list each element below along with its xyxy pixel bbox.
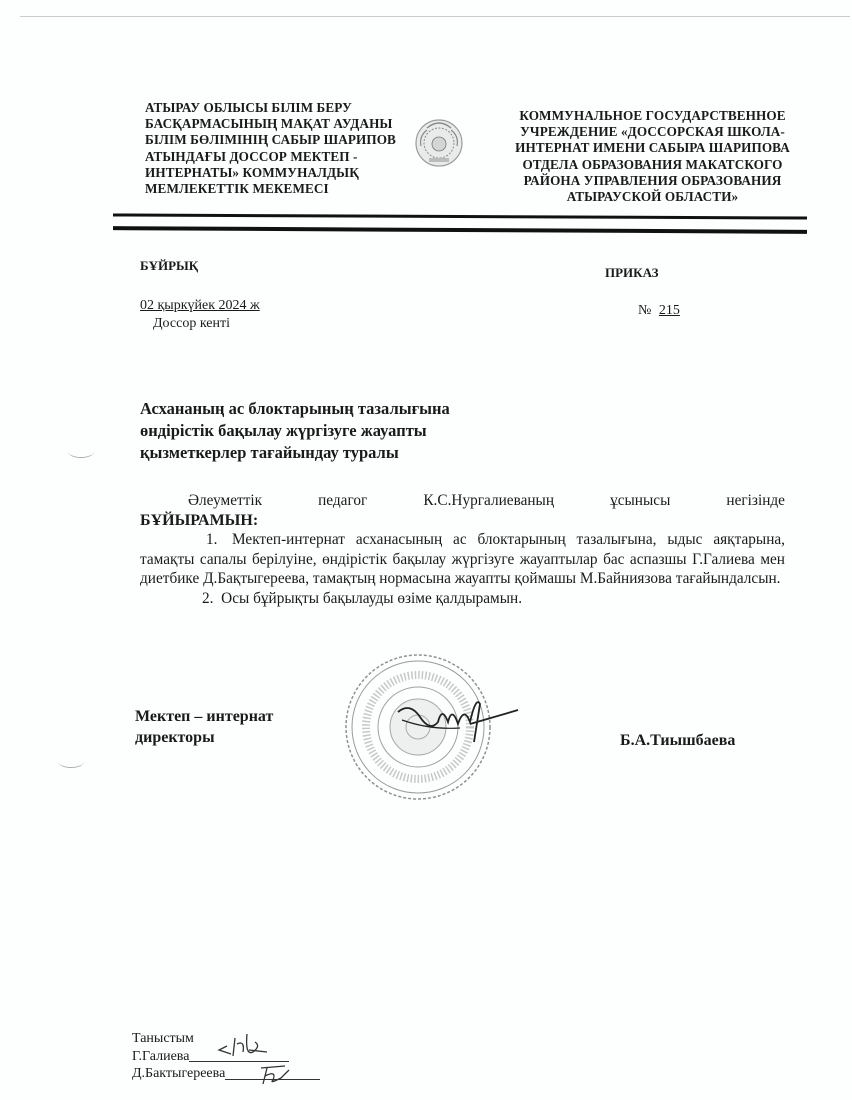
doc-place: Доссор кенті xyxy=(153,316,230,332)
director-signature-icon xyxy=(390,692,520,752)
state-emblem-icon xyxy=(413,116,465,168)
header-line: АТЫРАУ ОБЛЫСЫ БІЛІМ БЕРУ xyxy=(145,100,396,116)
header-line: МЕМЛЕКЕТТІК МЕКЕМЕСІ xyxy=(145,181,396,197)
order-word: БҰЙЫРАМЫН: xyxy=(140,511,785,531)
intro-word: негізінде xyxy=(726,491,785,511)
doc-type-russian: ПРИКАЗ xyxy=(605,265,659,281)
intro-line: Әлеуметтік педагог К.С.Нургалиеваның ұсы… xyxy=(140,491,785,511)
title-line: өндірістік бақылау жүргізуге жауапты xyxy=(140,420,450,442)
header-line: ИНТЕРНАТЫ» КОММУНАЛДЫҚ xyxy=(145,165,396,181)
header-line: РАЙОНА УПРАВЛЕНИЯ ОБРАЗОВАНИЯ xyxy=(510,173,795,189)
order-item-2: 2. Осы бұйрықты бақылауды өзіме қалдырам… xyxy=(140,589,785,609)
role-line: директоры xyxy=(135,727,273,748)
title-line: Асхананың ас блоктарының тазалығына xyxy=(140,398,450,420)
header-russian-institution: КОММУНАЛЬНОЕ ГОСУДАРСТВЕННОЕ УЧРЕЖДЕНИЕ … xyxy=(510,108,795,205)
header-line: БАСҚАРМАСЫНЫҢ МАҚАТ АУДАНЫ xyxy=(145,116,396,132)
acknowledger-name: Г.Галиева xyxy=(132,1048,189,1066)
intro-word: педагог xyxy=(318,491,367,511)
handwritten-signature-icon xyxy=(255,1062,295,1088)
role-line: Мектеп – интернат xyxy=(135,706,273,727)
handwritten-signature-icon xyxy=(215,1030,275,1060)
doc-type-kazakh: БҰЙРЫҚ xyxy=(140,258,198,274)
binder-hole-mark xyxy=(68,445,94,458)
doc-number: № 215 xyxy=(638,303,684,319)
header-divider xyxy=(113,213,807,219)
header-line: АТЫНДАҒЫ ДОССОР МЕКТЕП - xyxy=(145,149,396,165)
header-line: УЧРЕЖДЕНИЕ «ДОССОРСКАЯ ШКОЛА- xyxy=(510,124,795,140)
intro-word: ұсынысы xyxy=(610,491,670,511)
order-title: Асхананың ас блоктарының тазалығына өнді… xyxy=(140,398,450,464)
signatory-name: Б.А.Тиышбаева xyxy=(620,732,735,750)
acknowledger-name: Д.Бактыгереева xyxy=(132,1065,225,1083)
intro-word: К.С.Нургалиеваның xyxy=(423,491,554,511)
number-value: 215 xyxy=(655,303,684,318)
item-number: 2. xyxy=(202,590,213,607)
header-kazakh-institution: АТЫРАУ ОБЛЫСЫ БІЛІМ БЕРУ БАСҚАРМАСЫНЫҢ М… xyxy=(145,100,396,197)
signatory-role: Мектеп – интернат директоры xyxy=(135,706,273,748)
doc-date: 02 қыркүйек 2024 ж xyxy=(140,298,260,314)
binder-hole-mark xyxy=(58,755,84,768)
title-line: қызметкерлер тағайындау туралы xyxy=(140,442,450,464)
header-line: БІЛІМ БӨЛІМІНІҢ САБЫР ШАРИПОВ xyxy=(145,132,396,148)
item-number: 1. xyxy=(206,530,232,550)
intro-word: Әлеуметтік xyxy=(188,491,262,511)
order-body: Әлеуметтік педагог К.С.Нургалиеваның ұсы… xyxy=(140,491,785,608)
header-line: КОММУНАЛЬНОЕ ГОСУДАРСТВЕННОЕ xyxy=(510,108,795,124)
header-divider-thick xyxy=(113,226,807,234)
number-sign: № xyxy=(638,303,651,318)
header-line: ИНТЕРНАТ ИМЕНИ САБЫРА ШАРИПОВА xyxy=(510,140,795,156)
header-line: ОТДЕЛА ОБРАЗОВАНИЯ МАКАТСКОГО xyxy=(510,157,795,173)
scan-edge xyxy=(20,16,850,17)
order-item-1: 1.Мектеп-интернат асханасының ас блоктар… xyxy=(140,530,785,589)
item-text: Осы бұйрықты бақылауды өзіме қалдырамын. xyxy=(221,590,522,607)
header-line: АТЫРАУСКОЙ ОБЛАСТИ» xyxy=(510,189,795,205)
item-text: Мектеп-интернат асханасының ас блоктарын… xyxy=(140,531,785,587)
